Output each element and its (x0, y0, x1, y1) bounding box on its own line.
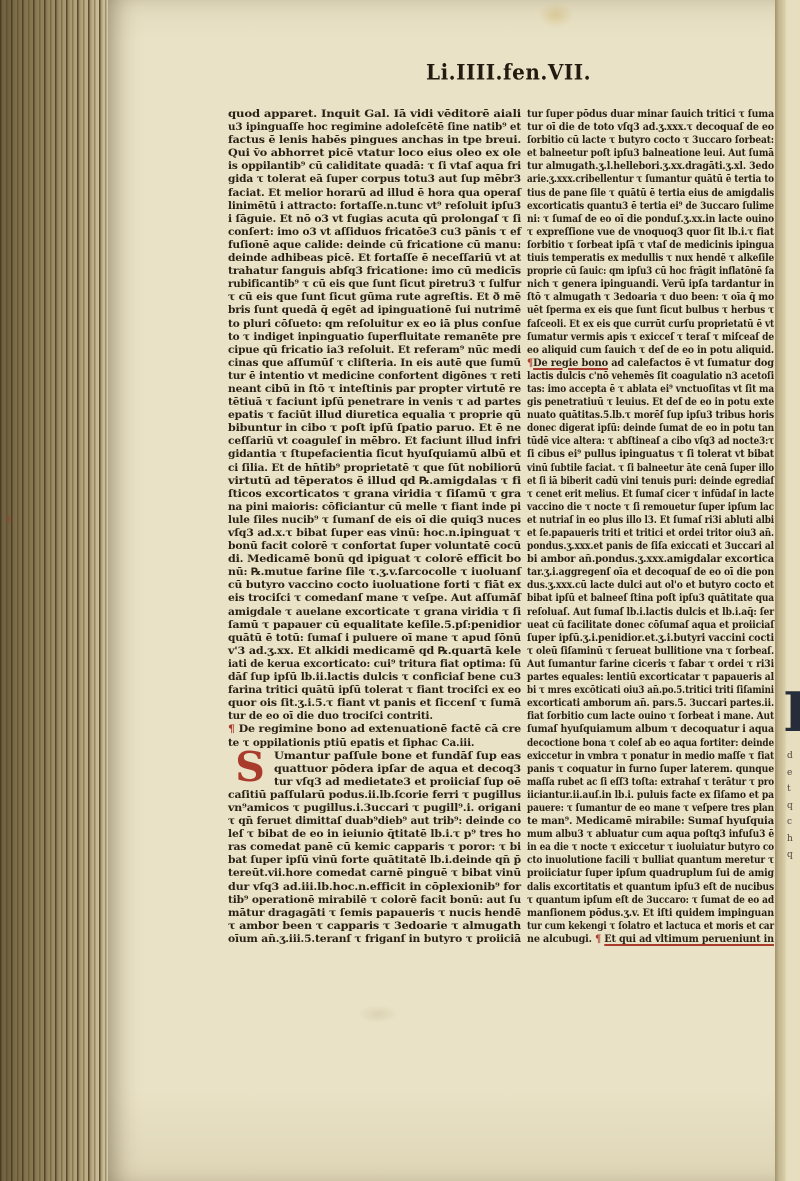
text-line: is oppilantib⁹ cū caliditate quadā: τ ſi… (228, 160, 521, 173)
text-line: te man⁹. Medicamē mirabile: Sumaſ hyuſqu… (527, 815, 774, 828)
text-line: ceſſariū vt coaguleſ in mēbro. Et faciun… (228, 435, 521, 448)
text-column-left: quod apparet. Inquit Gal. Iā vidi vēdito… (228, 108, 521, 946)
text-line: panis τ coquatur in furno ſuper laterem.… (527, 763, 774, 776)
running-title: Li.IIII.fen.VII. (426, 59, 591, 85)
text-line: ſorbitio cū lacte τ butyro cocto τ 3ucca… (527, 134, 774, 147)
text-line: amigdale τ auelane excorticate τ grana v… (228, 606, 521, 619)
text-line: epatis τ faciūt illud diuretica equalia … (228, 409, 521, 422)
text-line: oīum an̄.ʒ.iii.5.teranſ τ friganſ in but… (228, 933, 521, 946)
next-page-text-glimpse: detqchq (787, 748, 793, 864)
text-line: na pini maioris: cōficiantur cū melle τ … (228, 501, 521, 514)
text-line: uēt ſperma ex eis que ſunt ſicut bulbus … (527, 304, 774, 317)
text-line: eo aliquid cum ſauich τ deſ de eo in pot… (527, 344, 774, 357)
text-line: tar.ʒ.i.aggregenſ oīa et decoquaſ de eo … (527, 566, 774, 579)
text-line: nuato quātitas.5.lb.τ morēſ ſup ipſu3 tr… (527, 409, 774, 422)
text-line: Umantur paſſule bone et fundāſ ſup easS (228, 750, 521, 763)
text-line: cinas que aſſumūſ τ cliſteria. In eis au… (228, 357, 521, 370)
text-line: i ſāguie. Et nō o3 vt fugias acuta qū pr… (228, 213, 521, 226)
text-line: quor ois ſit.ʒ.i.5.τ fiant vt panis et ſ… (228, 697, 521, 710)
book-photo: Li.IIII.fen.VII. quod apparet. Inquit Ga… (0, 0, 800, 1181)
text-line: nich τ genera ipinguandi. Verū ipſa tard… (527, 278, 774, 291)
text-line: linimētū i attracto: fortaſſe.n.tunc vt⁹… (228, 200, 521, 213)
text-line: dalis excortitatis et quantum ipſu3 eſt … (527, 881, 774, 894)
text-line: ni: τ ſumaſ de eo oī die ponduſ.ʒ.xx.in … (527, 213, 774, 226)
text-line: di. Medicamē bonū qd ipiguat τ colorē ef… (228, 553, 521, 566)
text-line: proiiciatur ſuper ipſum quadruplum ſui d… (527, 867, 774, 880)
illuminated-initial: S (229, 747, 271, 788)
text-line: vn⁹amicos τ pugillus.i.3uccari τ pugill⁹… (228, 802, 521, 815)
text-line: in ea die τ nocte τ exiccetur τ iuoluiat… (527, 841, 774, 854)
text-line: ¶ De regimine bono ad extenuationē factē… (228, 723, 521, 736)
text-column-right: tur ſuper pōdus duar minar ſauich tritic… (527, 108, 774, 946)
text-line: leſ τ bibat de eo in ieiunio q̄titatē lb… (228, 828, 521, 841)
text-line: eis trociſci τ comedanſ mane τ veſpe. Au… (228, 592, 521, 605)
text-line: τ cū eis que ſunt ſicut gūma rute agreſt… (228, 291, 521, 304)
text-line: cū butyro vaccino cocto iuoluatione fort… (228, 579, 521, 592)
text-line: cto inuolutione facili τ bulliat quantum… (527, 854, 774, 867)
text-line: tib⁹ operationē mirabilē τ colorē facit … (228, 894, 521, 907)
text-line: tas: imo accepta ē τ ablata ei⁹ vnctuoſi… (527, 383, 774, 396)
text-line: ci ſilia. Et de hn̄tib⁹ proprietatē τ qu… (228, 462, 521, 475)
text-line: quātū ē totū: ſumaſ i puluere oī mane τ … (228, 632, 521, 645)
text-line: ueat cū facilitate donec cōſumaſ aqua et… (527, 619, 774, 632)
text-line: bris ſunt quedā q̄ egēt ad ipinguationē … (228, 304, 521, 317)
text-line: excorticati amborum an̄. pars.5. 3uccari… (527, 697, 774, 710)
text-line: u3 ipinguaſſe hoc regimine adoleſcētē ſi… (228, 121, 521, 134)
text-line: vaccino die τ nocte τ ſi remouetur ſuper… (527, 501, 774, 514)
text-line: ras comedat panē cū kemic capparis τ por… (228, 841, 521, 854)
text-line: Qui v̄o abhorret picē vtatur loco eius o… (228, 147, 521, 160)
text-line: bibuntur in cibo τ poſt ipſū ſpatio paru… (228, 422, 521, 435)
next-page-initial-glimpse: I (783, 680, 800, 750)
text-line: te τ oppilationis ptiū epatis et ſiphac … (228, 737, 521, 750)
text-line: pauere: τ ſumantur de eo mane τ veſpere … (527, 802, 774, 815)
text-line: ſtō τ almugath τ 3edoaria τ duo been: τ … (527, 291, 774, 304)
text-line: manſionem pōdus.ʒ.v. Et iſti quidem impi… (527, 907, 774, 920)
text-line: ſticos excorticatos τ grana viridia τ ſi… (228, 488, 521, 501)
text-line: rubificantib⁹ τ cū eis que ſunt ſicut pi… (228, 278, 521, 291)
text-line: mātur dragagāti τ ſemis papaueris τ nuci… (228, 907, 521, 920)
text-line: iati de kerua excorticato: cui⁹ tritura … (228, 658, 521, 671)
text-line: tur vſq3 ad medietate3 et proiiciaſ ſup … (228, 776, 521, 789)
text-line: ſi cibus ei⁹ pullus ipinguatus τ ſi tole… (527, 448, 774, 461)
text-line: quod apparet. Inquit Gal. Iā vidi vēdito… (228, 108, 521, 121)
text-line: mum albu3 τ abluatur cum aqua poſtq3 inf… (527, 828, 774, 841)
text-line: ſorbitio τ ſorbeat ipſā τ vtaſ de medici… (527, 239, 774, 252)
text-line: lactis dulcis c'nō vehemēs ſit coagulati… (527, 370, 774, 383)
text-line: ne alcubugi. ¶ Et qui ad vltimum perueni… (527, 933, 774, 946)
text-line: dus.ʒ.xxx.cū lacte dulci aut ol'o et but… (527, 579, 774, 592)
text-line: faciat. Et melior horarū ad illud ē hora… (228, 187, 521, 200)
text-line: et ſe.papaueris triti et tritici et orde… (527, 527, 774, 540)
text-line: nū: ℞.mutue farine ſile τ.ʒ.v.ſarcocolle… (228, 566, 521, 579)
text-line: bat ſuper ipſū vinū forte quātitatē lb.i… (228, 854, 521, 867)
text-line: τ qn̄ feruet dimittaſ duab⁹dieb⁹ aut tri… (228, 815, 521, 828)
text-line: faſceoli. Et ex eis que currūt curſu pro… (527, 318, 774, 331)
text-line: pondus.ʒ.xxx.et panis de ſiſa exiccati e… (527, 540, 774, 553)
text-line: conſert: imo o3 vt aſſiduos fricatōe3 cu… (228, 226, 521, 239)
text-line: proprie cū ſauic: qm ipſu3 cū hoc frāgit… (527, 265, 774, 278)
text-line: fuſionē aque calide: deinde cū frication… (228, 239, 521, 252)
text-line: ¶De regie bono ad calefactos ē vt ſumatu… (527, 357, 774, 370)
text-line: tur ē intentio vt medicine confortent di… (228, 370, 521, 383)
text-line: tur oī die de toto vſq3 ad.ʒ.xxx.τ decoq… (527, 121, 774, 134)
text-line: deinde adhibeas picē. Et fortaſſe ē nece… (228, 252, 521, 265)
text-line: reſoluaſ. Aut ſumaſ lb.i.lactis dulcis e… (527, 606, 774, 619)
text-line: tūdē vice altera: τ abſtineaſ a cibo vſq… (527, 435, 774, 448)
text-line: tur ſuper pōdus duar minar ſauich tritic… (527, 108, 774, 121)
text-line: maſſa rubet ac ſi eſſ3 toſta: extrahaſ τ… (527, 776, 774, 789)
text-line: ſumaſ hyuſquiamum album τ decoquatur i a… (527, 723, 774, 736)
text-line: iiciantur.ii.auſ.in lb.i. puluis facte e… (527, 789, 774, 802)
text-line: quattuor pōdera ipſar de aqua et decoq3 (228, 763, 521, 776)
text-line: donec digerat ipſū: deinde ſumat de eo i… (527, 422, 774, 435)
text-line: gida τ tolerat eā ſuper corpus totu3 aut… (228, 173, 521, 186)
text-line: factus ē lenis habēs pingues anchas in t… (228, 134, 521, 147)
text-line: et balneetur poſt ipſu3 balneatione leui… (527, 147, 774, 160)
text-line: ſumatur vermis apis τ exicceſ τ teraſ τ … (527, 331, 774, 344)
text-line: arie.ʒ.xxx.cribellentur τ ſumantur quātū… (527, 173, 774, 186)
text-line: gis penetratiuū τ leuius. Et deſ de eo i… (527, 396, 774, 409)
fore-edge-next-page: I detqchq (775, 0, 800, 1181)
text-line: cipue qū fricatio ia3 reſoluit. Et refer… (228, 344, 521, 357)
text-line: et nutriaſ in eo plus illo l3. Et ſumaſ … (527, 514, 774, 527)
text-line: et ſi iā biberit cadū vini tenuis puri: … (527, 475, 774, 488)
text-line: vinū ſubtile faciat. τ ſi balneetur āte … (527, 462, 774, 475)
text-line: τ cenet erit melius. Et ſumaſ cicer τ in… (527, 488, 774, 501)
text-line: τ ambor been τ capparis τ 3edoarie τ alm… (228, 920, 521, 933)
text-line: tiuis temperatis ex medullis τ nux hendē… (527, 252, 774, 265)
text-line: gidantia τ ſtupefacientia ſicut hyuſquia… (228, 448, 521, 461)
text-line: exiccetur in vmbra τ ponatur in medio ma… (527, 750, 774, 763)
text-line: tereūt.vii.hore comedat carnē pinguē τ b… (228, 867, 521, 880)
text-line: bi τ mres excōticati oiu3 an̄.po.5.triti… (527, 684, 774, 697)
text-line: neant cibū in ſtō τ inteſtinis par propt… (228, 383, 521, 396)
text-line: farina tritici quātū ipſū tolerat τ fian… (228, 684, 521, 697)
text-line: partes equales: lentiū excorticatar τ pa… (527, 671, 774, 684)
text-line: fiat ſorbitio cum lacte ouino τ ſorbeat … (527, 710, 774, 723)
book-gutter-page-edges (0, 0, 118, 1181)
book-page: Li.IIII.fen.VII. quod apparet. Inquit Ga… (108, 0, 775, 1181)
paper-stain (358, 1005, 398, 1023)
text-line: tur de eo oī die duo trociſci contriti. (228, 710, 521, 723)
text-line: τ expreſſione vue de vnoquoq3 quor ſit l… (527, 226, 774, 239)
text-line: tur cum kekengi τ ſolatro et lactuca et … (527, 920, 774, 933)
text-line: decoctione bona τ coleſ ab eo aqua forti… (527, 737, 774, 750)
text-line: to pluri cōſueto: qm reſoluitur ex eo iā… (228, 318, 521, 331)
text-line: v'3 ad.ʒ.xx. Et alkidi medicamē qd ℞.qua… (228, 645, 521, 658)
paper-stain (538, 2, 574, 28)
text-line: ſuper ipſū.ʒ.i.penidior.et.ʒ.i.butyri va… (527, 632, 774, 645)
text-line: trahatur ſanguis abſq3 fricatione: imo c… (228, 265, 521, 278)
text-line: bonū facit colorē τ confortat ſuper volu… (228, 540, 521, 553)
text-line: dāſ ſup ipſū lb.ii.lactis dulcis τ confi… (228, 671, 521, 684)
text-line: tētiuā τ faciunt ipſū penetrare in venis… (228, 396, 521, 409)
text-line: τ oleū ſiſaminū τ ſerueat bullitione vna… (527, 645, 774, 658)
text-line: excorticatis quantu3 ē tertia ei⁹ de 3uc… (527, 200, 774, 213)
text-line: Aut ſumantur farine ciceris τ fabar τ or… (527, 658, 774, 671)
text-line: bi ambor an̄.pondus.ʒ.xxx.amigdalar exco… (527, 553, 774, 566)
text-line: vſq3 ad.x.τ bibat ſuper eas vinū: hoc.n.… (228, 527, 521, 540)
text-line: dur vſq3 ad.iii.lb.hoc.n.efficit in cōpl… (228, 881, 521, 894)
text-line: ſamū τ papauer cū equalitate keſile.5.pſ… (228, 619, 521, 632)
text-line: virtutū ad tēperatos ē illud qd ℞.amigda… (228, 475, 521, 488)
text-line: lule ſiles nucib⁹ τ ſumanſ de eis oī die… (228, 514, 521, 527)
text-line: caſitiū paſſularū podus.ii.lb.ſcorie fer… (228, 789, 521, 802)
text-line: tius de pane ſile τ quātū ē tertia eius … (527, 187, 774, 200)
text-line: tur almugath.ʒ.l.hellebori.ʒ.xx.dragāti.… (527, 160, 774, 173)
text-line: bibat ipſū et balneeſ ſtina poſt ipſu3 q… (527, 592, 774, 605)
text-line: to τ indiget inpinguatio ſuperfluitate r… (228, 331, 521, 344)
text-line: τ quantum ipſum eſt de 3uccaro: τ ſumat … (527, 894, 774, 907)
